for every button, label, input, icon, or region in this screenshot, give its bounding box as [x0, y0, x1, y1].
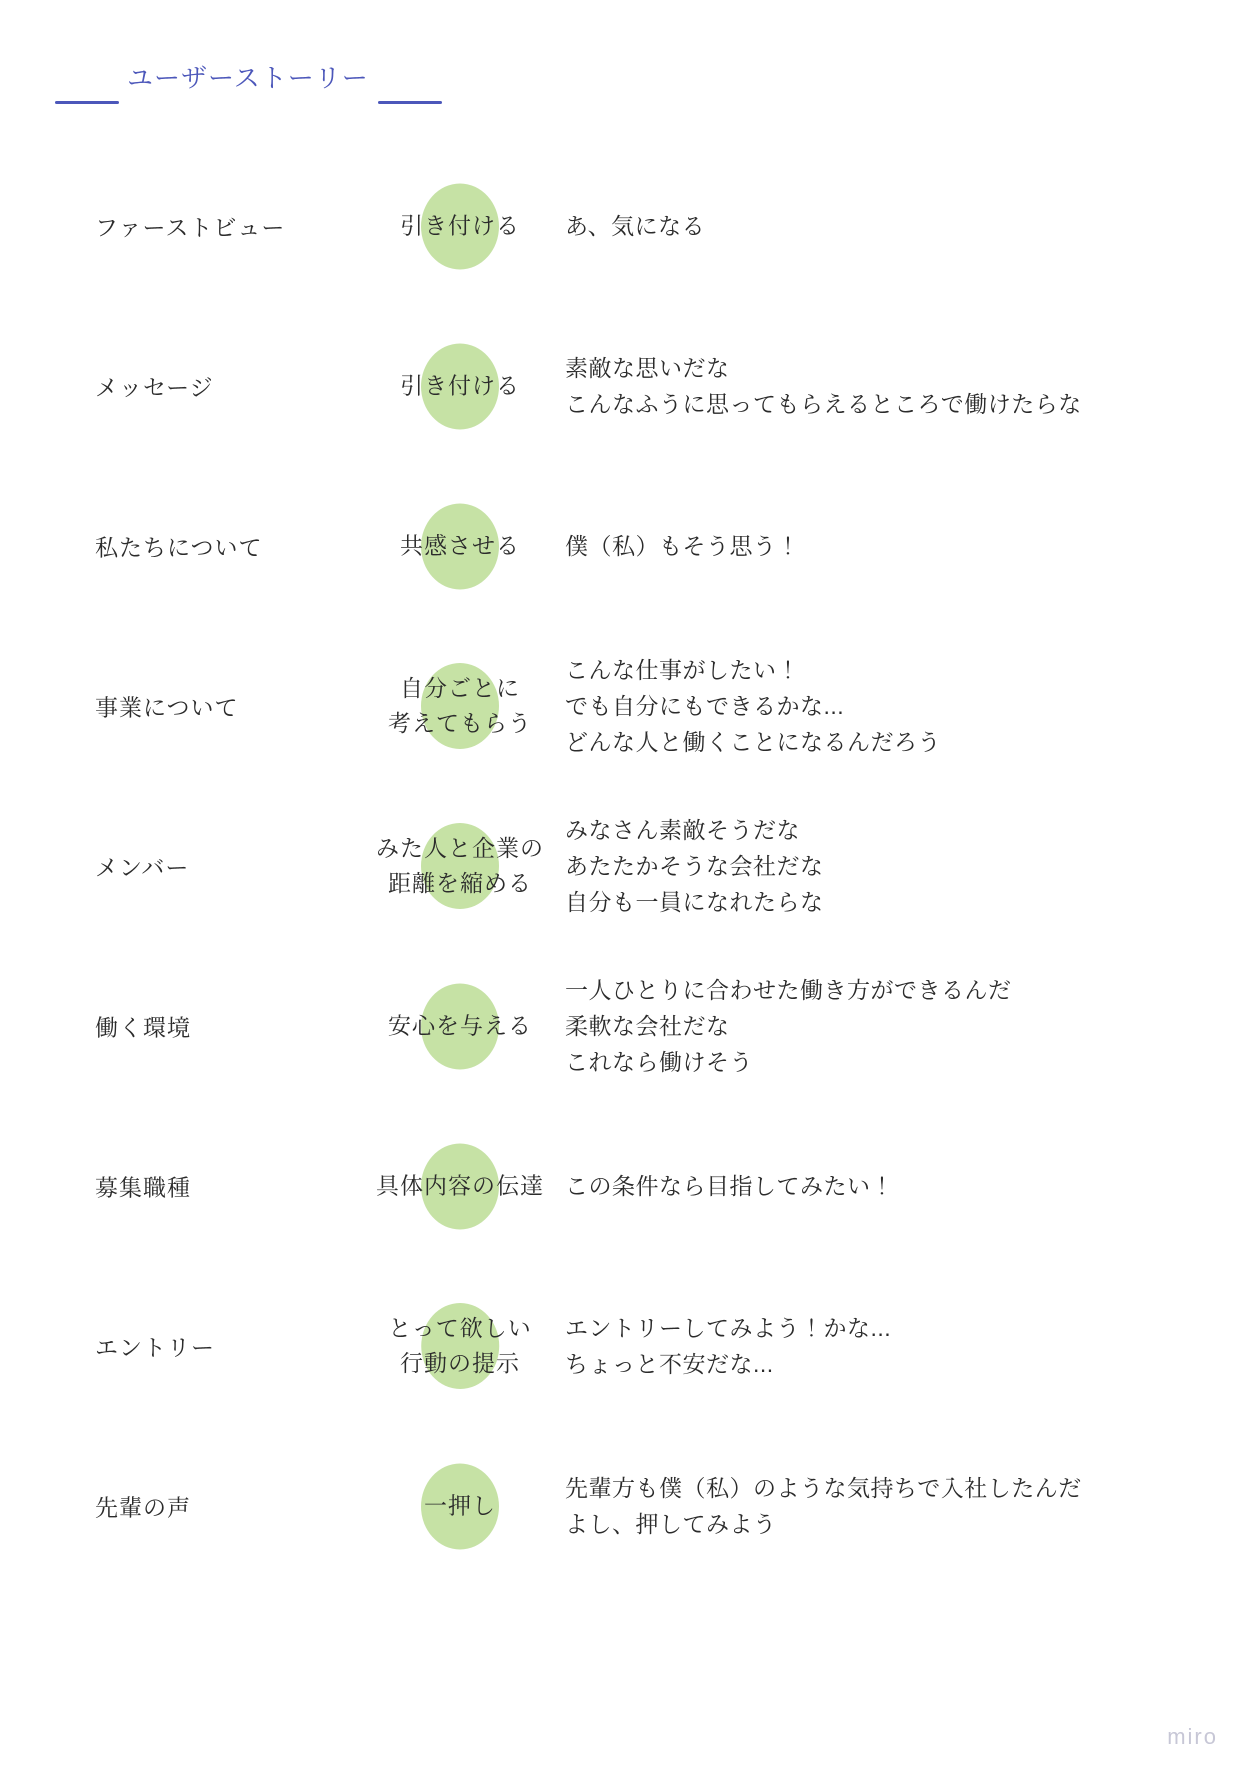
section-label[interactable]: 先輩の声	[95, 1490, 191, 1523]
section-label[interactable]: 募集職種	[95, 1170, 191, 1203]
thought-line: でも自分にもできるかな...	[565, 688, 941, 724]
section-label[interactable]: メッセージ	[95, 370, 214, 403]
section-label[interactable]: 事業について	[95, 690, 239, 723]
thought-text[interactable]: 一人ひとりに合わせた働き方ができるんだ柔軟な会社だなこれなら働けそう	[565, 972, 1012, 1080]
section-label[interactable]: ファーストビュー	[95, 210, 285, 243]
thought-text[interactable]: エントリーしてみよう！かな...ちょっと不安だな...	[565, 1310, 891, 1382]
thought-line: 僕（私）もそう思う！	[565, 528, 800, 564]
thought-line: こんな仕事がしたい！	[565, 652, 941, 688]
thought-line: 一人ひとりに合わせた働き方ができるんだ	[565, 972, 1012, 1008]
story-rows: ファーストビュー 引き付ける あ、気になる メッセージ 引き付ける 素敵な思いだ…	[0, 146, 1250, 1586]
action-line: 共感させる	[400, 529, 520, 564]
action-line: みた人と企業の	[376, 831, 544, 866]
story-row: 先輩の声 一押し 先輩方も僕（私）のような気持ちで入社したんだよし、押してみよう	[0, 1426, 1250, 1586]
action-line: 一押し	[424, 1489, 496, 1524]
thought-line: 素敵な思いだな	[565, 350, 1082, 386]
action-text[interactable]: みた人と企業の距離を縮める	[376, 831, 544, 901]
action-line: 引き付ける	[400, 209, 520, 244]
thought-line: エントリーしてみよう！かな...	[565, 1310, 891, 1346]
thought-text[interactable]: この条件なら目指してみたい！	[565, 1168, 894, 1204]
action-group: とって欲しい行動の提示	[388, 1311, 532, 1381]
action-group: 一押し	[424, 1489, 496, 1524]
thought-text[interactable]: こんな仕事がしたい！でも自分にもできるかな...どんな人と働くことになるんだろう	[565, 652, 941, 760]
section-label[interactable]: 働く環境	[95, 1010, 191, 1043]
action-group: 共感させる	[400, 529, 520, 564]
thought-text[interactable]: 先輩方も僕（私）のような気持ちで入社したんだよし、押してみよう	[565, 1470, 1082, 1542]
section-label[interactable]: メンバー	[95, 850, 189, 883]
thought-line: こんなふうに思ってもらえるところで働けたらな	[565, 386, 1082, 422]
story-row: 働く環境 安心を与える 一人ひとりに合わせた働き方ができるんだ柔軟な会社だなこれ…	[0, 946, 1250, 1106]
action-text[interactable]: 自分ごとに考えてもらう	[388, 671, 532, 741]
action-group: 引き付ける	[400, 209, 520, 244]
thought-line: 先輩方も僕（私）のような気持ちで入社したんだ	[565, 1470, 1082, 1506]
action-line: 具体内容の伝達	[376, 1169, 544, 1204]
action-text[interactable]: 安心を与える	[388, 1009, 532, 1044]
story-row: 募集職種 具体内容の伝達 この条件なら目指してみたい！	[0, 1106, 1250, 1266]
action-line: 行動の提示	[388, 1346, 532, 1381]
action-text[interactable]: 一押し	[424, 1489, 496, 1524]
story-row: メッセージ 引き付ける 素敵な思いだなこんなふうに思ってもらえるところで働けたら…	[0, 306, 1250, 466]
thought-line: この条件なら目指してみたい！	[565, 1168, 894, 1204]
thought-line: みなさん素敵そうだな	[565, 812, 824, 848]
action-text[interactable]: 引き付ける	[400, 369, 520, 404]
story-row: エントリー とって欲しい行動の提示 エントリーしてみよう！かな...ちょっと不安…	[0, 1266, 1250, 1426]
thought-line: ちょっと不安だな...	[565, 1346, 891, 1382]
thought-text[interactable]: 素敵な思いだなこんなふうに思ってもらえるところで働けたらな	[565, 350, 1082, 422]
thought-line: これなら働けそう	[565, 1044, 1012, 1080]
action-line: 自分ごとに	[388, 671, 532, 706]
section-label[interactable]: エントリー	[95, 1330, 215, 1363]
thought-line: あたたかそうな会社だな	[565, 848, 824, 884]
story-row: メンバー みた人と企業の距離を縮める みなさん素敵そうだなあたたかそうな会社だな…	[0, 786, 1250, 946]
action-text[interactable]: 引き付ける	[400, 209, 520, 244]
action-line: とって欲しい	[388, 1311, 532, 1346]
thought-text[interactable]: 僕（私）もそう思う！	[565, 528, 800, 564]
thought-text[interactable]: あ、気になる	[565, 208, 705, 244]
story-row: 私たちについて 共感させる 僕（私）もそう思う！	[0, 466, 1250, 626]
story-row: 事業について 自分ごとに考えてもらう こんな仕事がしたい！でも自分にもできるかな…	[0, 626, 1250, 786]
story-row: ファーストビュー 引き付ける あ、気になる	[0, 146, 1250, 306]
title-underline-left[interactable]	[55, 101, 119, 104]
miro-watermark: miro	[1167, 1724, 1218, 1750]
page-title[interactable]: ユーザーストーリー	[127, 58, 369, 95]
section-label[interactable]: 私たちについて	[95, 530, 263, 563]
thought-line: 自分も一員になれたらな	[565, 884, 824, 920]
thought-line: 柔軟な会社だな	[565, 1008, 1012, 1044]
title-underline-right[interactable]	[378, 101, 442, 104]
action-group: 引き付ける	[400, 369, 520, 404]
thought-text[interactable]: みなさん素敵そうだなあたたかそうな会社だな自分も一員になれたらな	[565, 812, 824, 920]
action-line: 安心を与える	[388, 1009, 532, 1044]
action-group: みた人と企業の距離を縮める	[376, 831, 544, 901]
action-group: 具体内容の伝達	[376, 1169, 544, 1204]
action-group: 安心を与える	[388, 1009, 532, 1044]
action-line: 引き付ける	[400, 369, 520, 404]
action-group: 自分ごとに考えてもらう	[388, 671, 532, 741]
action-text[interactable]: 共感させる	[400, 529, 520, 564]
thought-line: あ、気になる	[565, 208, 705, 244]
thought-line: どんな人と働くことになるんだろう	[565, 724, 941, 760]
action-line: 考えてもらう	[388, 706, 532, 741]
thought-line: よし、押してみよう	[565, 1506, 1082, 1542]
action-line: 距離を縮める	[376, 866, 544, 901]
action-text[interactable]: 具体内容の伝達	[376, 1169, 544, 1204]
action-text[interactable]: とって欲しい行動の提示	[388, 1311, 532, 1381]
